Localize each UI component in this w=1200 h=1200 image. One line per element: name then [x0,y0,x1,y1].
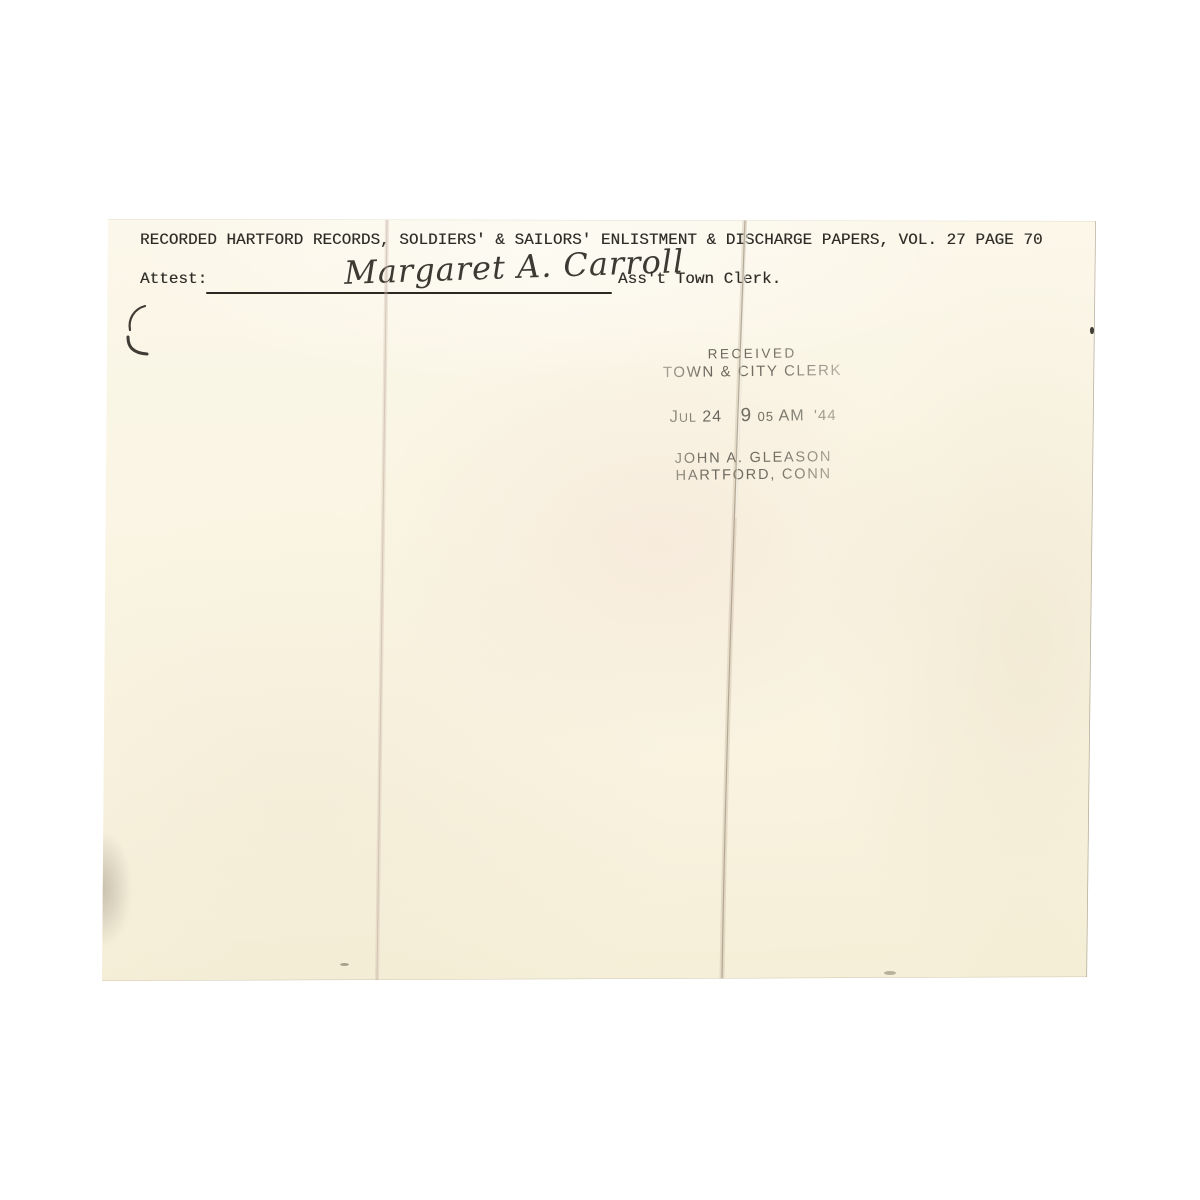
fold-line-center [722,220,745,980]
stamp-place-line: HARTFORD, CONN [656,466,852,484]
document-page: RECORDED HARTFORD RECORDS, SOLDIERS' & S… [102,218,1096,981]
fold-line-left-shade [377,220,387,980]
stamp-date-month: JUL [669,407,697,427]
stamp-clerk-name-line: JOHN A. GLEASON [655,449,851,467]
right-edge-speck [1090,327,1094,334]
paper-creases-and-edges [102,218,1096,981]
stamp-date-minute: 05 [758,409,775,424]
stamp-date-hour: 9 [740,405,752,426]
paper-top-edge [108,219,1096,221]
stamp-date-ampm: AM [779,407,805,424]
signature-line [206,292,612,294]
attest-label: Attest: [140,270,207,288]
paper-bottom-edge [102,977,1087,981]
scan-background: { "page": { "background_color": "#ffffff… [0,0,1200,1200]
stamp-office-line: TOWN & CITY CLERK [654,362,850,381]
received-stamp: RECEIVED TOWN & CITY CLERK JUL 24 9 05 A… [654,345,852,484]
handwritten-bracket-mark [128,306,147,354]
fold-line-left [377,220,387,980]
signer-title: Ass't Town Clerk. [618,270,781,288]
bottom-speck-left [340,963,349,966]
fold-line-center-shade [722,220,745,980]
stamp-date-line: JUL 24 9 05 AM '44 [655,404,851,428]
edge-smudge-mark [88,830,132,948]
stamp-received-line: RECEIVED [654,345,850,362]
bottom-speck-right [884,971,896,975]
stamp-date-day: 24 [702,408,722,425]
paper-right-edge [1087,221,1096,977]
stamp-date-year: '44 [814,407,837,424]
